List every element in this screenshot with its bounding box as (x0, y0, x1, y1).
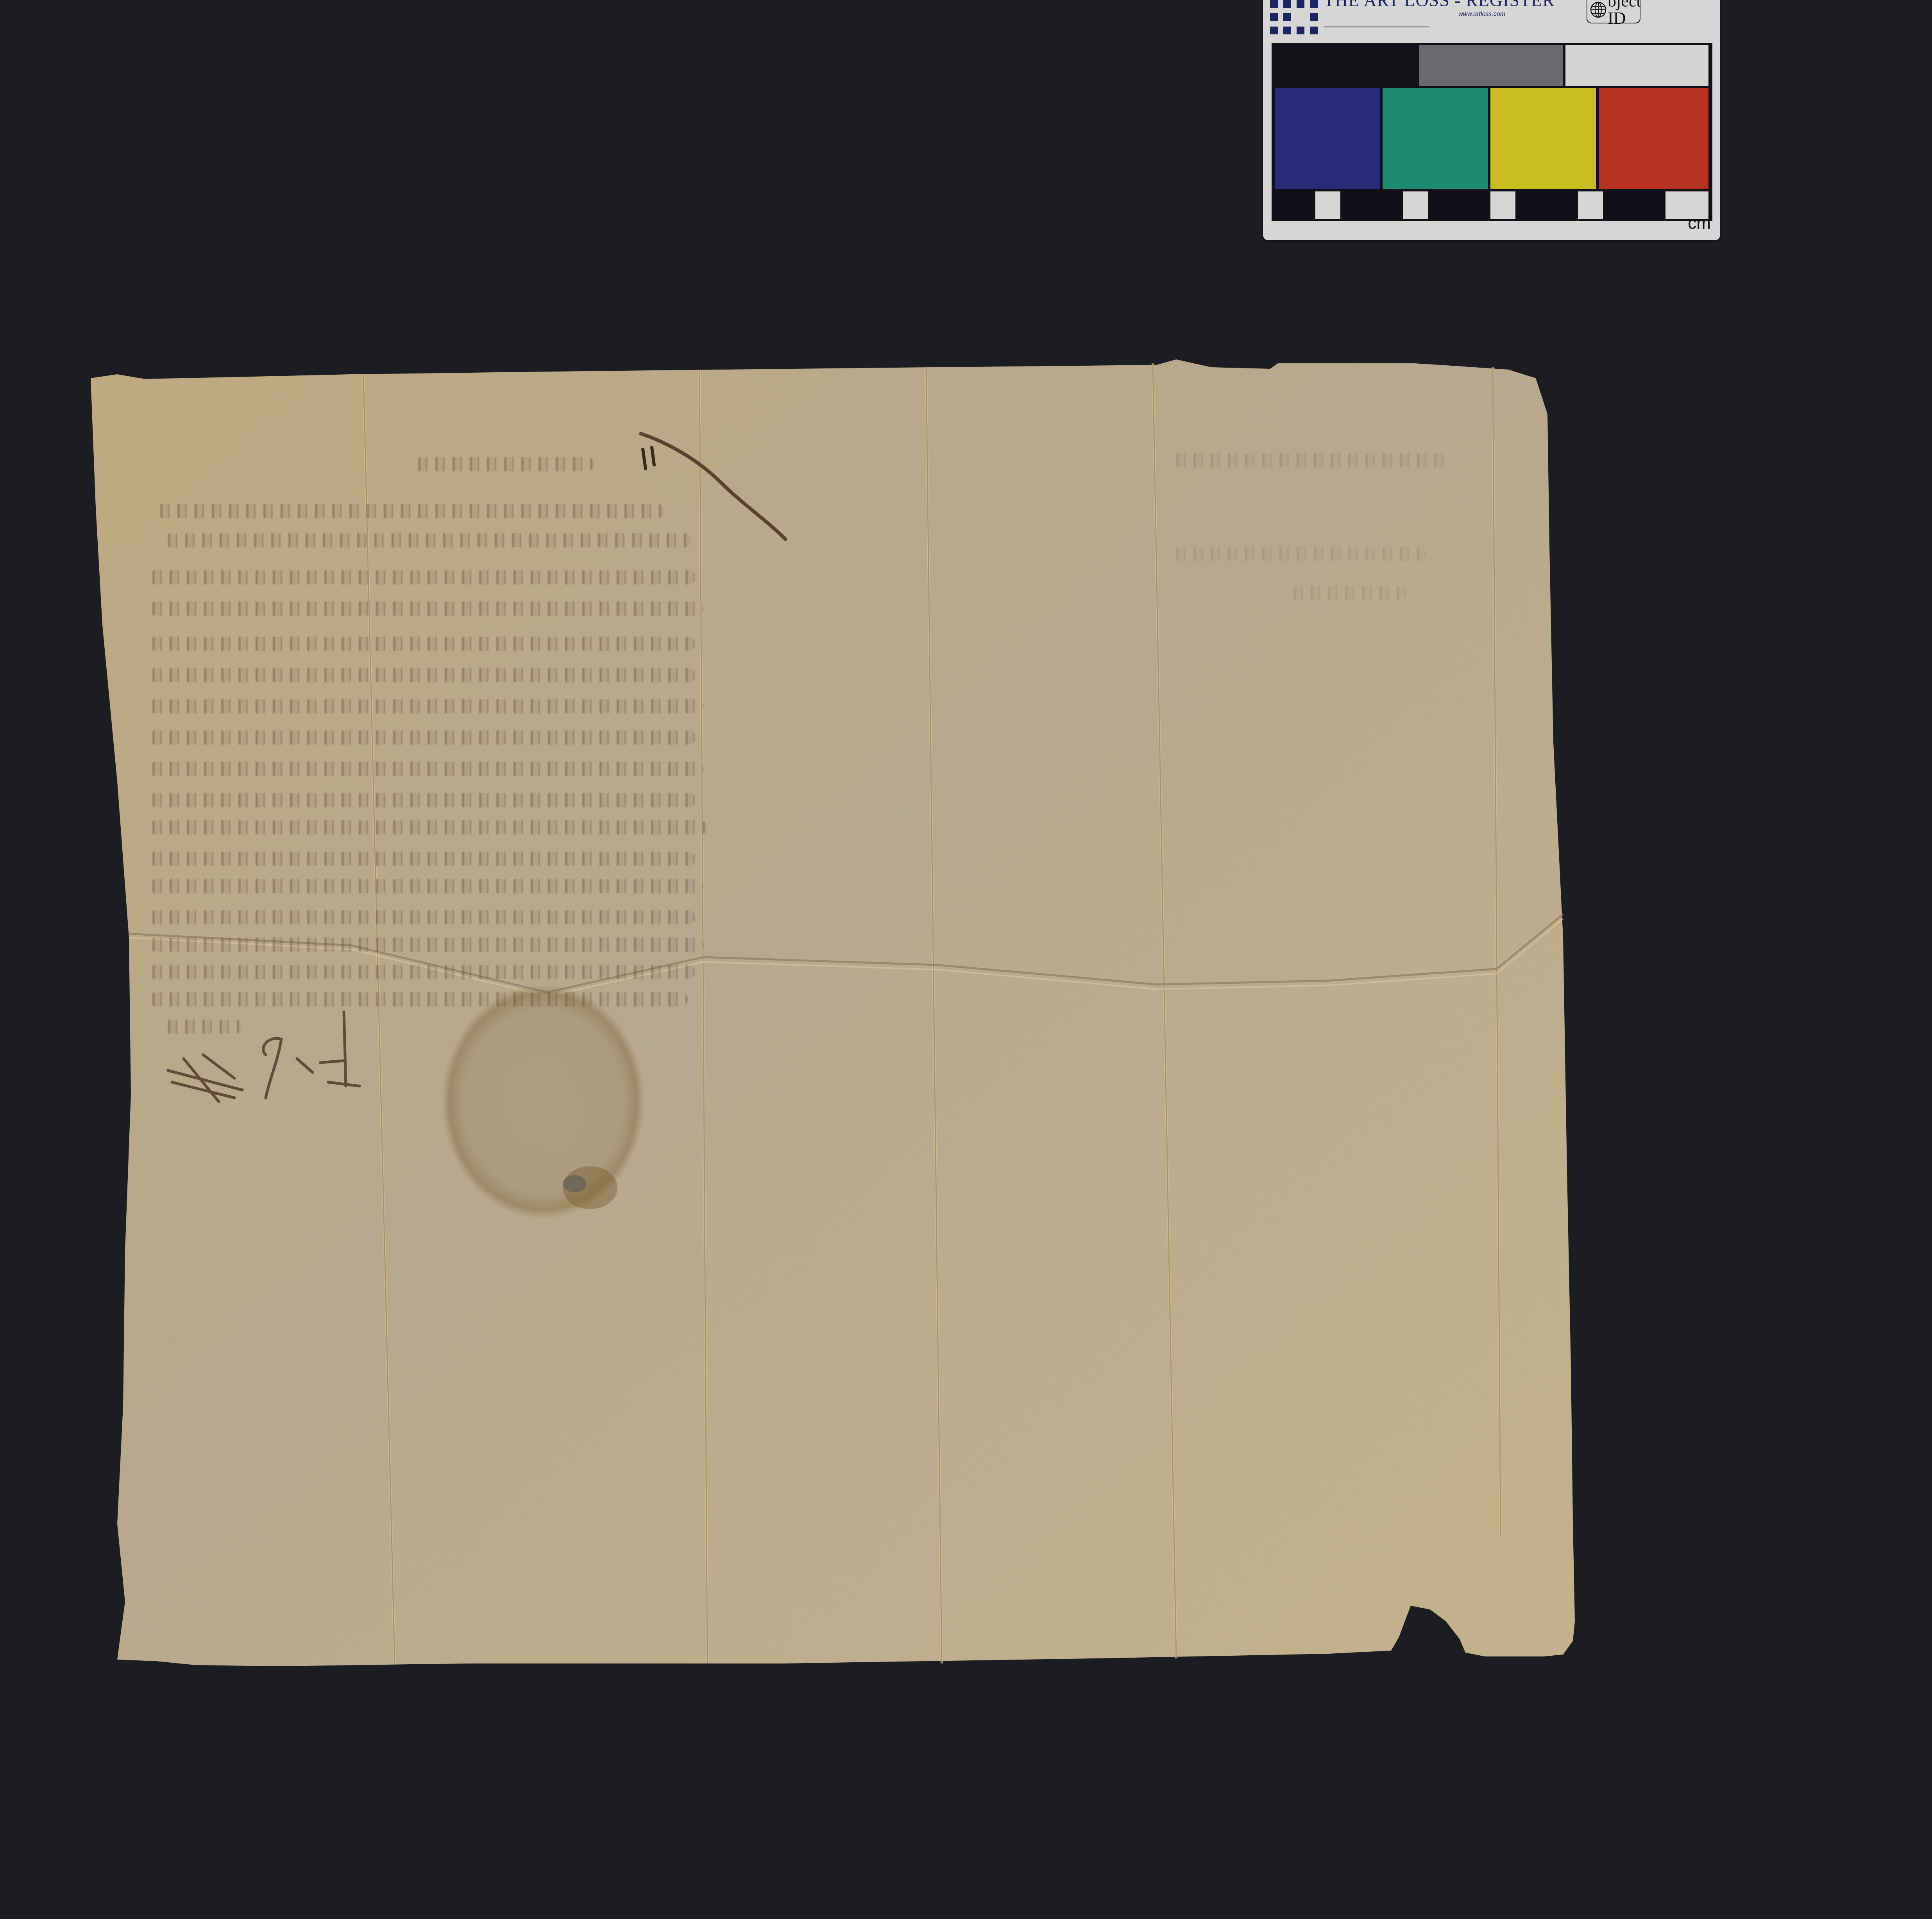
swatch-green (1383, 88, 1488, 189)
card-rule (1324, 27, 1429, 27)
swatch-white (1565, 45, 1708, 86)
color-calibration-card: THE ART LOSS - REGISTER www.artloss.com … (1263, 0, 1720, 240)
card-title: THE ART LOSS - REGISTER (1324, 0, 1555, 9)
scale-unit-label: cm (1688, 214, 1711, 233)
card-url: www.artloss.com (1458, 11, 1505, 18)
swatch-blue (1275, 88, 1380, 189)
paper-sheet (0, 0, 1932, 1919)
object-id-badge: bject ID (1587, 0, 1640, 23)
swatch-grid (1272, 43, 1712, 221)
swatch-yellow (1490, 88, 1596, 189)
art-loss-register-logo-icon (1270, 0, 1315, 27)
object-id-label: bject ID (1608, 0, 1641, 27)
swatch-black (1272, 43, 1417, 86)
swatch-gray (1419, 45, 1563, 86)
manuscript-document (0, 0, 1932, 1919)
globe-icon (1590, 1, 1607, 18)
swatch-red (1599, 88, 1708, 189)
